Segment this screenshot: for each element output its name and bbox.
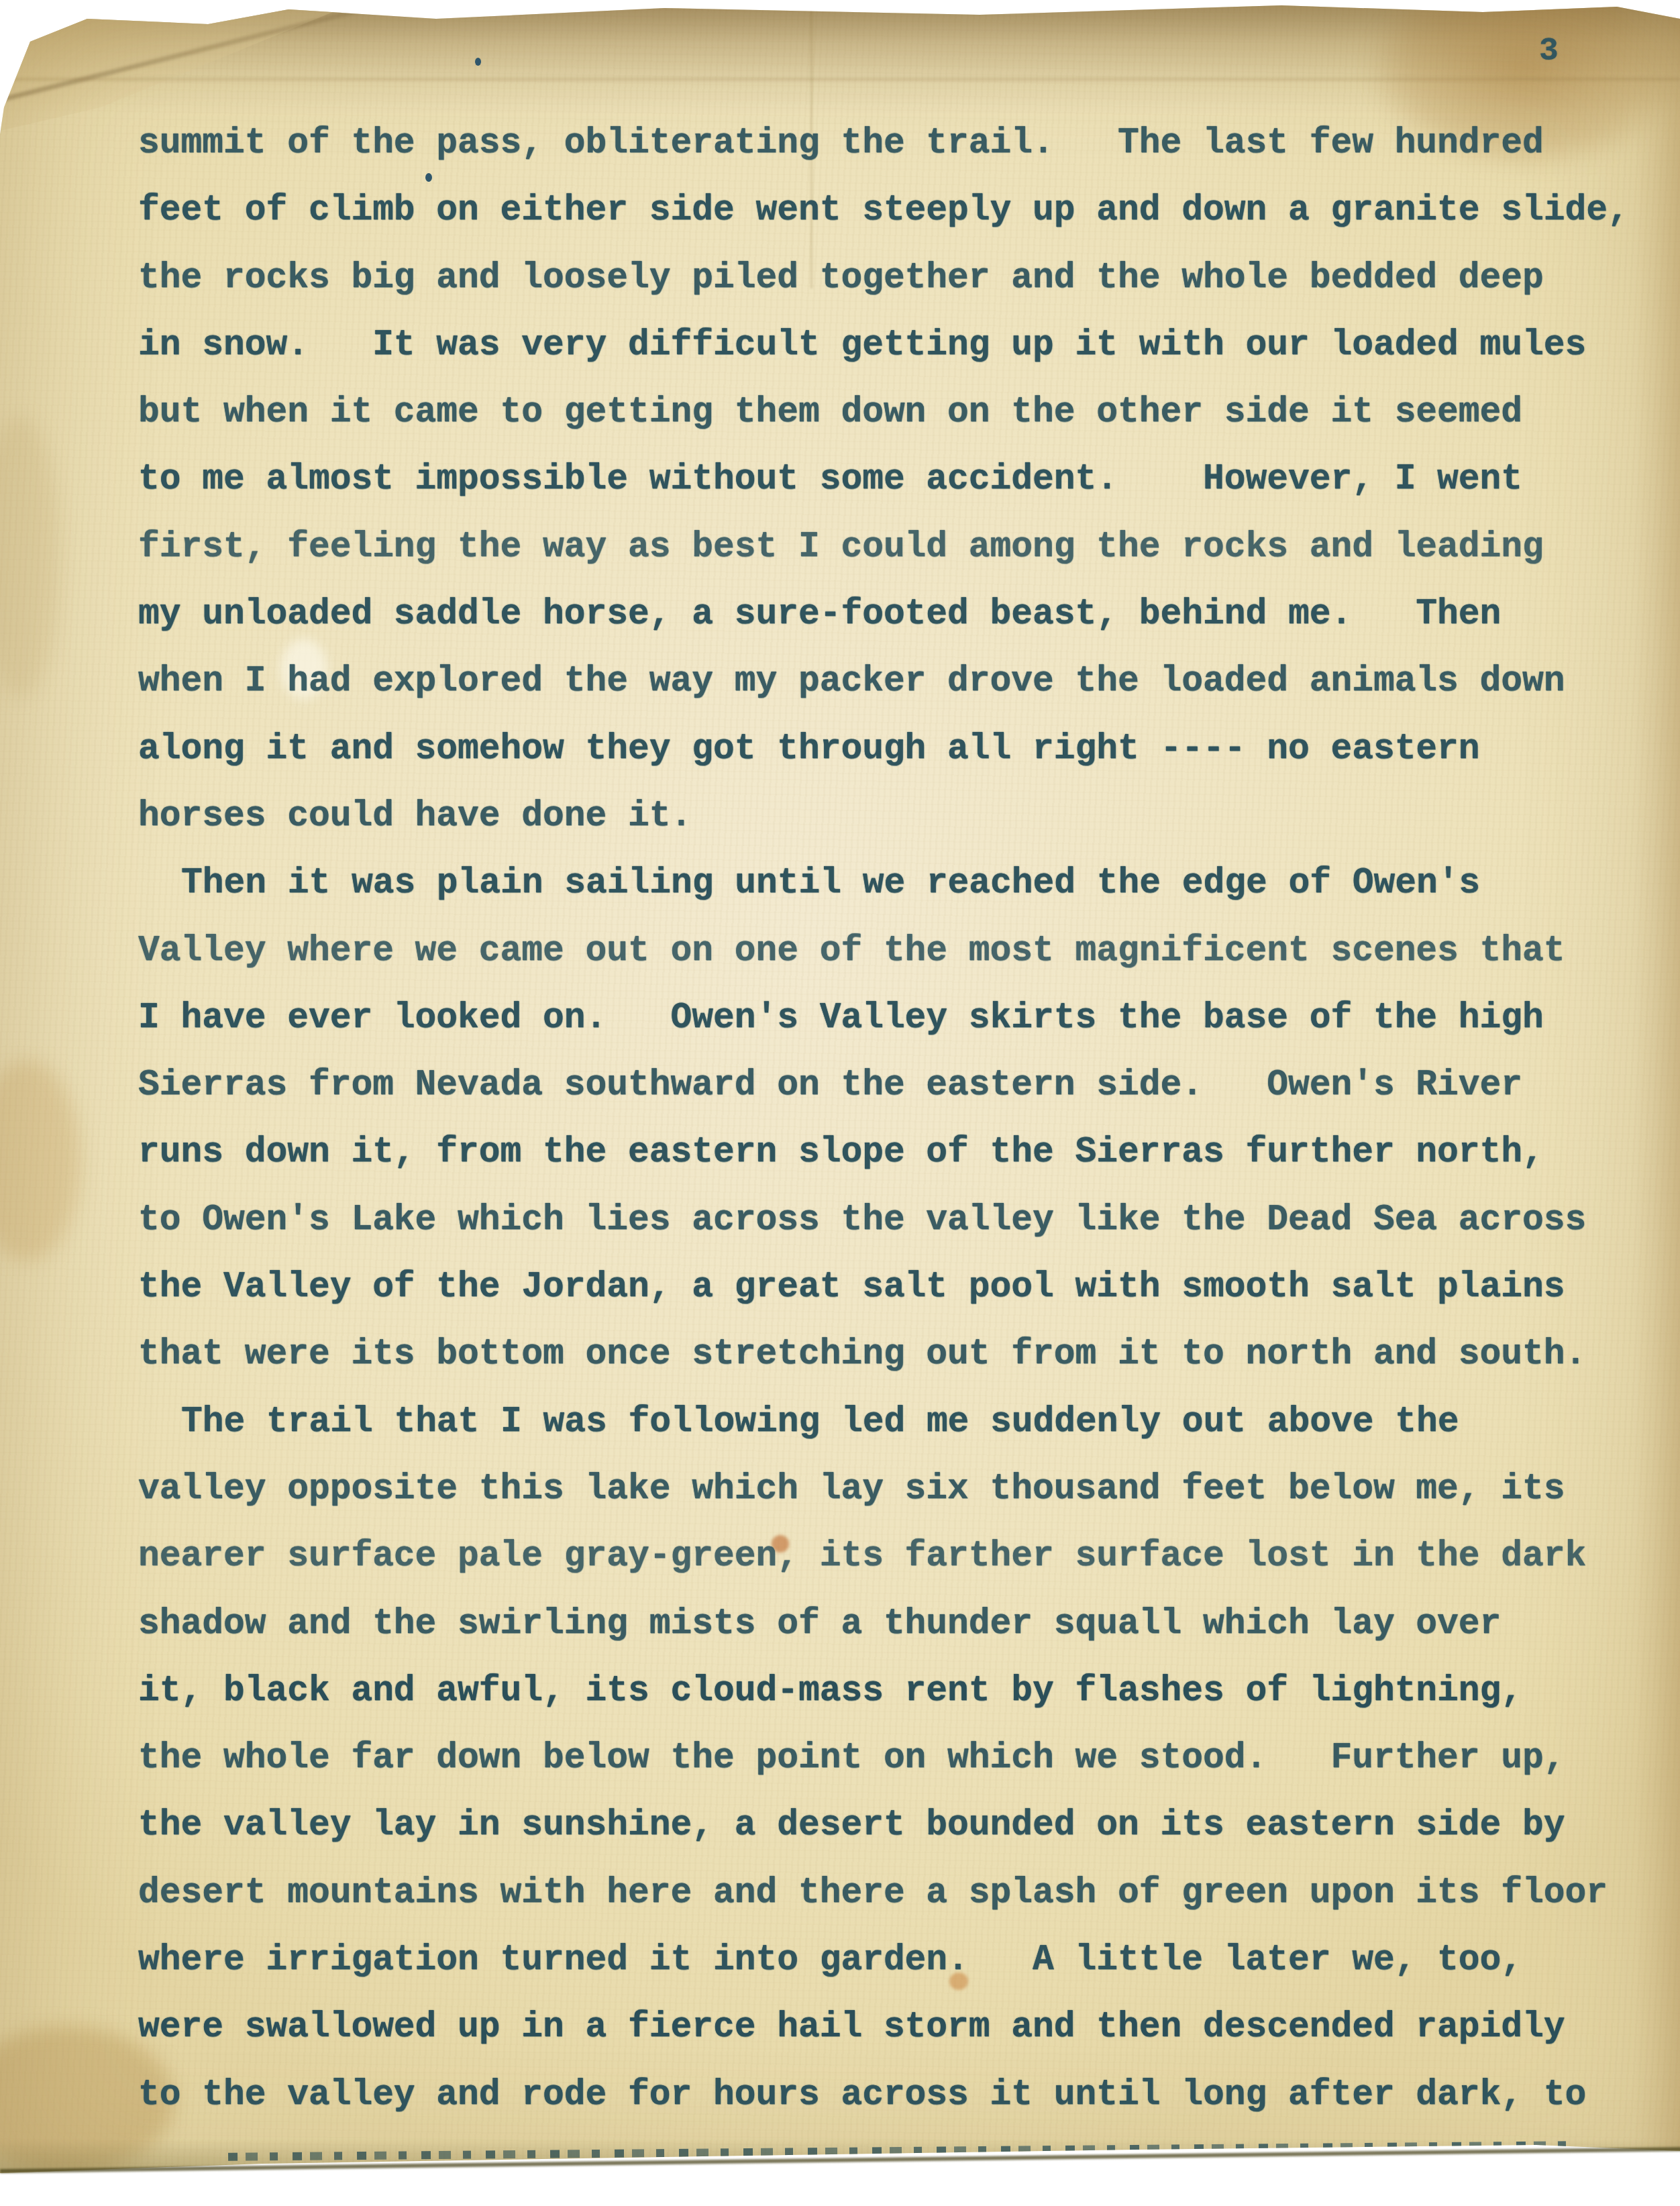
typed-line: to me almost impossible without some acc… [138,445,1661,513]
page-number: 3 [1539,34,1559,70]
typed-line: to the valley and rode for hours across … [138,2061,1661,2128]
scan-background: 3 summit of the pass, obliterating the t… [0,0,1680,2206]
cut-off-line-remnant [228,2141,1577,2161]
bottom-edge-inner-shadow [0,2139,1680,2179]
typed-line: shadow and the swirling mists of a thund… [138,1590,1661,1657]
typed-line: valley opposite this lake which lay six … [138,1455,1661,1522]
fold-crease-line [0,3,378,104]
typed-line: when I had explored the way my packer dr… [138,647,1661,715]
typed-line: in snow. It was very difficult getting u… [138,311,1661,378]
typed-line: feet of climb on either side went steepl… [138,176,1661,244]
typed-line: the Valley of the Jordan, a great salt p… [138,1253,1661,1320]
typed-line: the valley lay in sunshine, a desert bou… [138,1791,1661,1858]
typed-line: my unloaded saddle horse, a sure-footed … [138,580,1661,647]
typed-line: summit of the pass, obliterating the tra… [138,109,1661,176]
typed-line: runs down it, from the eastern slope of … [138,1118,1661,1186]
stain-left-edge-upper [0,416,60,698]
typed-line: Sierras from Nevada southward on the eas… [138,1051,1661,1118]
typed-line: the rocks big and loosely piled together… [138,244,1661,311]
typed-line-paragraph-start: Then it was plain sailing until we reach… [138,849,1661,916]
typed-line: horses could have done it. [138,782,1661,849]
typed-line: Valley where we came out on one of the m… [138,917,1661,984]
typed-line: nearer surface pale gray-green, its fart… [138,1522,1661,1589]
typed-line: where irrigation turned it into garden. … [138,1926,1661,1993]
typed-line: but when it came to getting them down on… [138,378,1661,445]
typed-line-paragraph-start: The trail that I was following led me su… [138,1388,1661,1455]
typed-line: along it and somehow they got through al… [138,715,1661,782]
typed-line: I have ever looked on. Owen's Valley ski… [138,984,1661,1051]
typed-line: the whole far down below the point on wh… [138,1724,1661,1791]
typed-line: that were its bottom once stretching out… [138,1320,1661,1387]
typed-text-block: summit of the pass, obliterating the tra… [138,109,1661,2128]
typed-line: were swallowed up in a fierce hail storm… [138,1993,1661,2060]
typed-line: it, black and awful, its cloud-mass rent… [138,1657,1661,1724]
paper-sheet: 3 summit of the pass, obliterating the t… [0,0,1680,2206]
stray-ink-dot [475,58,481,66]
horizontal-crease [0,78,1680,81]
stain-left-edge-middle [0,1060,81,1261]
top-aged-edge [0,0,1680,114]
typed-line: desert mountains with here and there a s… [138,1859,1661,1926]
typed-line: first, feeling the way as best I could a… [138,513,1661,580]
typed-line: to Owen's Lake which lies across the val… [138,1186,1661,1253]
